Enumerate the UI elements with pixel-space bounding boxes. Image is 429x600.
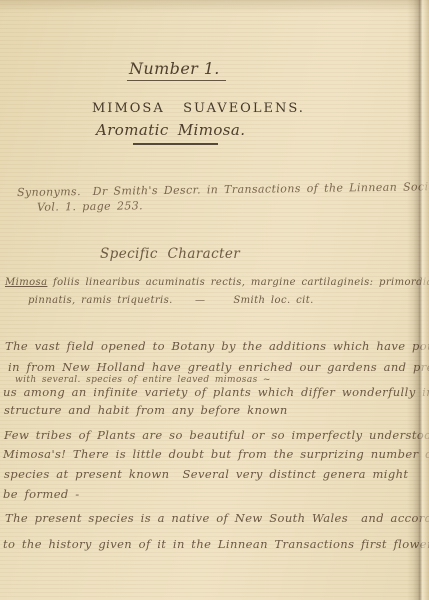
specific-character-line-1-rest: foliis linearibus acuminatis rectis, mar… [47,277,429,288]
paragraph3-line-1: The present species is a native of New S… [5,511,429,525]
paragraph2-line-2: Mimosa's! There is little doubt but from… [3,447,429,461]
genus-name: Mimosa [5,277,47,288]
paragraph1-line-1: The vast field opened to Botany by the a… [5,339,429,353]
specific-character-line-1: Mimosa foliis linearibus acuminatis rect… [5,277,429,288]
paragraph2-line-1: Few tribes of Plants are so beautiful or… [4,428,429,442]
paragraph1-line-4: structure and habit from any before know… [4,403,288,417]
paragraph3-line-2: to the history given of it in the Linnea… [3,537,429,551]
specific-character-line-2: pinnatis, ramis triquetris. — Smith loc.… [28,295,314,306]
species-title: MIMOSA SUAVEOLENS. [92,101,305,116]
manuscript-page: Number 1. MIMOSA SUAVEOLENS. Aromatic Mi… [0,0,429,600]
synonyms-line-1: Synonyms. Dr Smith's Descr. in Transacti… [17,180,429,199]
specific-character-heading: Specific Character [100,246,240,262]
paragraph1-line-3: us among an infinite variety of plants w… [3,385,429,399]
common-name-subtitle: Aromatic Mimosa. [96,121,245,139]
synonyms-line-2: Vol. 1. page 253. [37,199,143,213]
paragraph2-line-3: species at present known Several very di… [4,467,408,481]
page-edge-shadow [407,0,429,600]
paragraph1-interlinear-insertion: with several. species of entire leaved m… [15,375,271,385]
title-divider-rule [133,143,218,145]
paragraph1-line-2: in from New Holland have greatly enriche… [8,360,429,374]
number-heading: Number 1. [127,59,226,81]
paragraph2-line-4: be formed - [3,487,80,501]
